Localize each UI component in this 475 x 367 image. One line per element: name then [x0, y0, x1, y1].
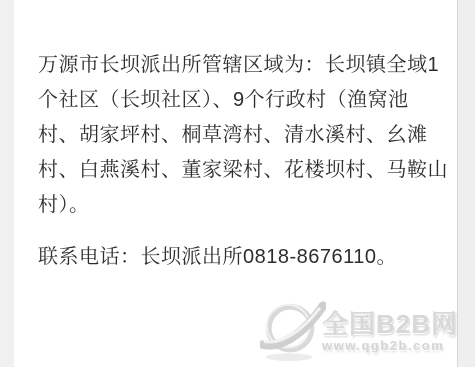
jurisdiction-line: 个社区（长坝社区）、9个行政村（渔窝池 — [38, 83, 450, 118]
jurisdiction-line: 村）。 — [38, 188, 450, 223]
globe-swoosh-icon — [260, 299, 326, 363]
jurisdiction-paragraph: 万源市长坝派出所管辖区域为：长坝镇全域1 个社区（长坝社区）、9个行政村（渔窝池… — [38, 48, 450, 223]
watermark: 全国B2B网 www.qgb2b.com — [260, 299, 458, 363]
watermark-text: 全国B2B网 www.qgb2b.com — [322, 310, 458, 353]
jurisdiction-line: 万源市长坝派出所管辖区域为：长坝镇全域1 — [38, 48, 450, 83]
jurisdiction-line: 村、胡家坪村、桐草湾村、清水溪村、幺滩 — [38, 118, 450, 153]
right-gutter — [457, 0, 475, 367]
jurisdiction-line: 村、白燕溪村、董家梁村、花楼坝村、马鞍山 — [38, 153, 450, 188]
watermark-site-url: www.qgb2b.com — [322, 338, 458, 353]
contact-phone-line: 联系电话：长坝派出所0818-8676110。 — [38, 240, 397, 275]
page-canvas: 万源市长坝派出所管辖区域为：长坝镇全域1 个社区（长坝社区）、9个行政村（渔窝池… — [0, 0, 475, 367]
watermark-site-name: 全国B2B网 — [322, 310, 458, 338]
left-gutter — [0, 0, 14, 367]
